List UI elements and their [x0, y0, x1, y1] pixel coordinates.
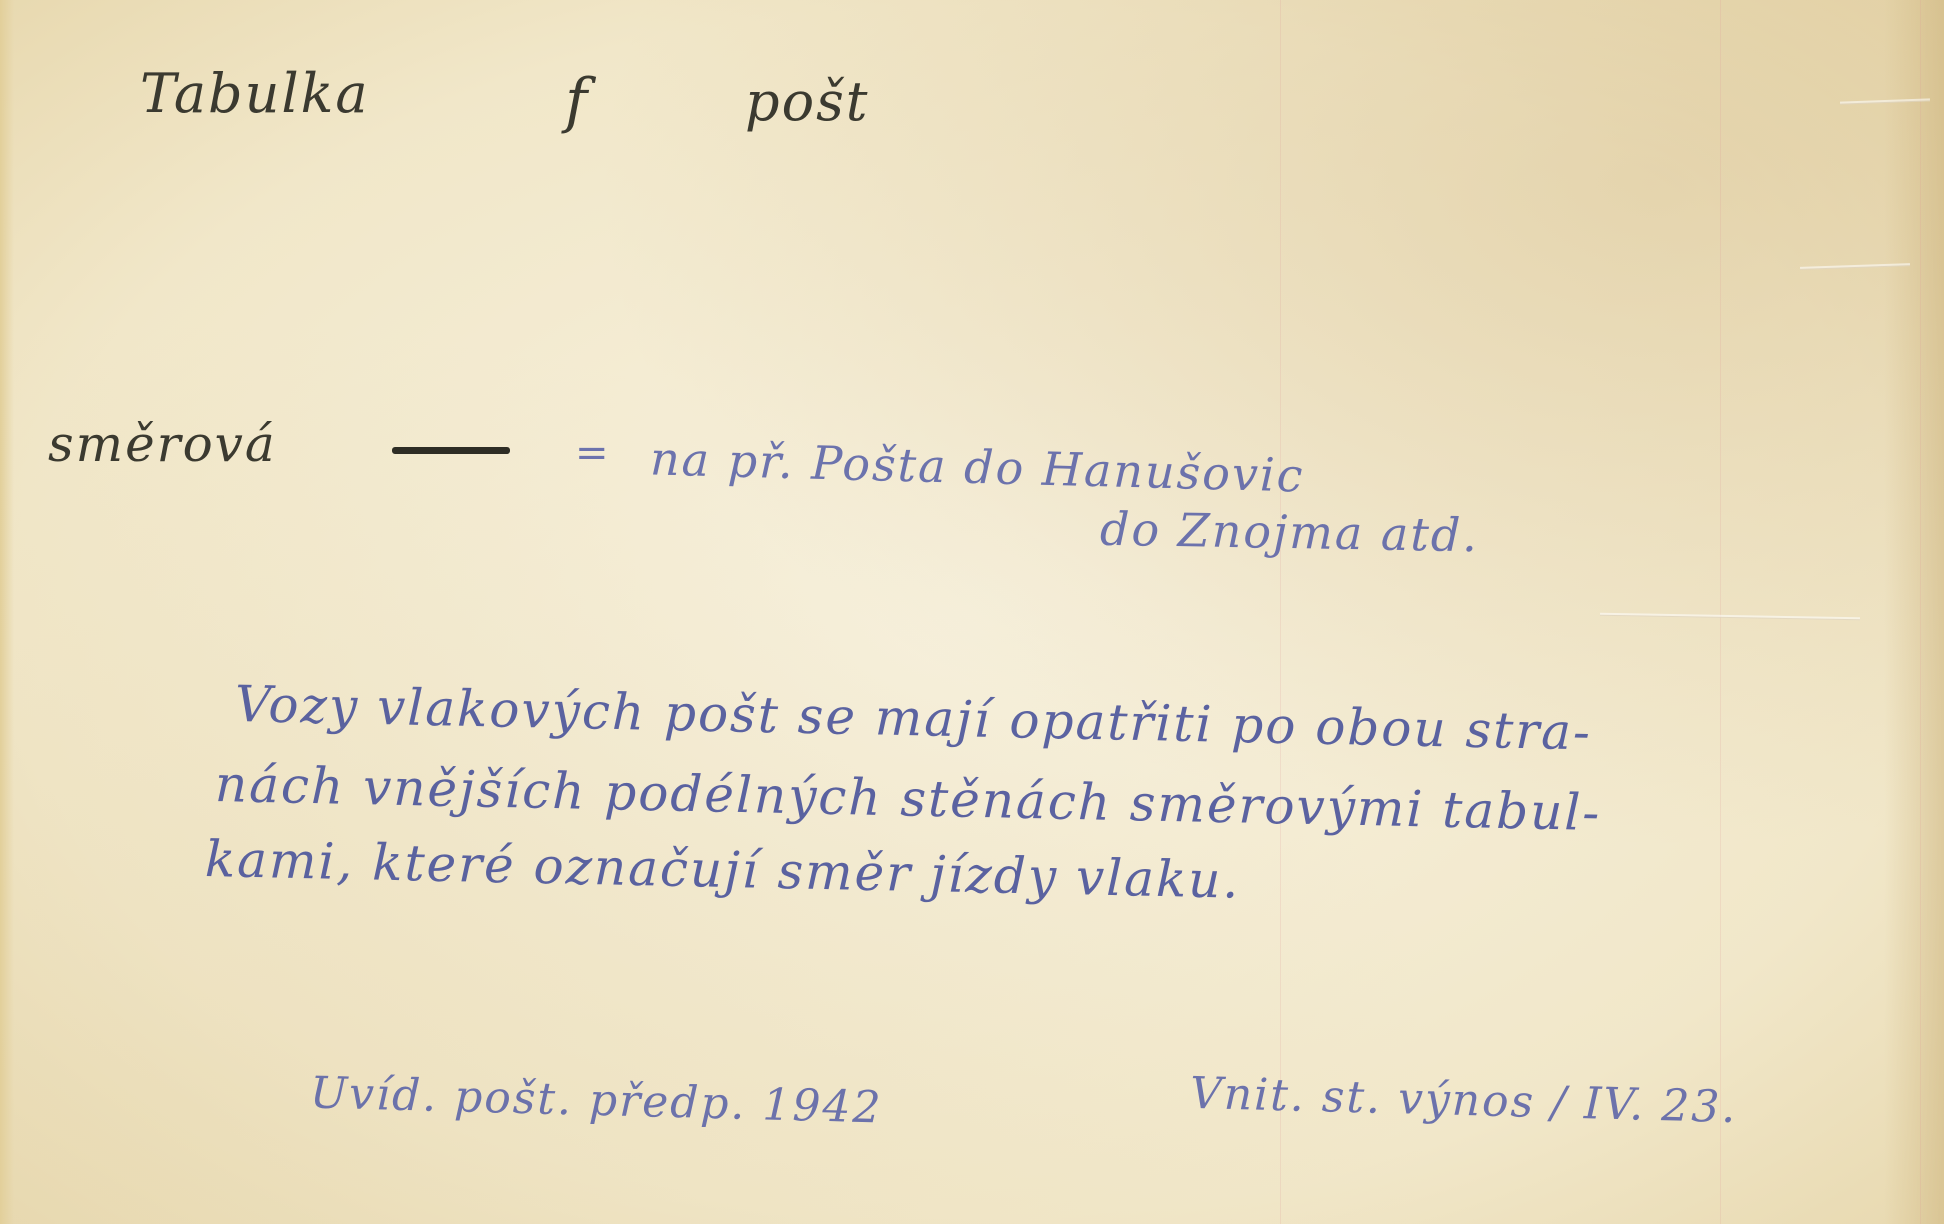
paragraph-line-3: kami, které označují směr jízdy vlaku.	[204, 830, 1241, 910]
faint-ruling-line	[1720, 0, 1721, 1224]
definition-equals: =	[575, 430, 611, 476]
footer-reference: Vnit. st. výnos / IV. 23.	[1189, 1068, 1738, 1133]
title-letter: f	[565, 66, 589, 136]
paper-crease	[1600, 613, 1860, 621]
title-subject: pošt	[745, 70, 870, 133]
footer-source: Uvíd. pošt. předp. 1942	[309, 1068, 883, 1134]
faint-ruling-line	[1280, 0, 1281, 1224]
index-card: Tabulka f pošt směrová = na př. Pošta do…	[0, 0, 1944, 1224]
faint-ruling-line	[1920, 0, 1921, 1224]
definition-example-line-2: do Znojma atd.	[1100, 502, 1480, 563]
definition-example-line-1: na př. Pošta do Hanušovic	[649, 431, 1305, 502]
paragraph-line-2: nách vnějších podélných stěnách směrovým…	[214, 755, 1601, 842]
definition-term: směrová	[48, 415, 277, 473]
paragraph-line-1: Vozy vlakových pošt se mají opatřiti po …	[234, 675, 1592, 761]
title-word: Tabulka	[140, 62, 370, 125]
paper-edge-right	[1884, 0, 1944, 1224]
directional-line-symbol	[392, 447, 510, 454]
paper-edge-left	[0, 0, 14, 1224]
